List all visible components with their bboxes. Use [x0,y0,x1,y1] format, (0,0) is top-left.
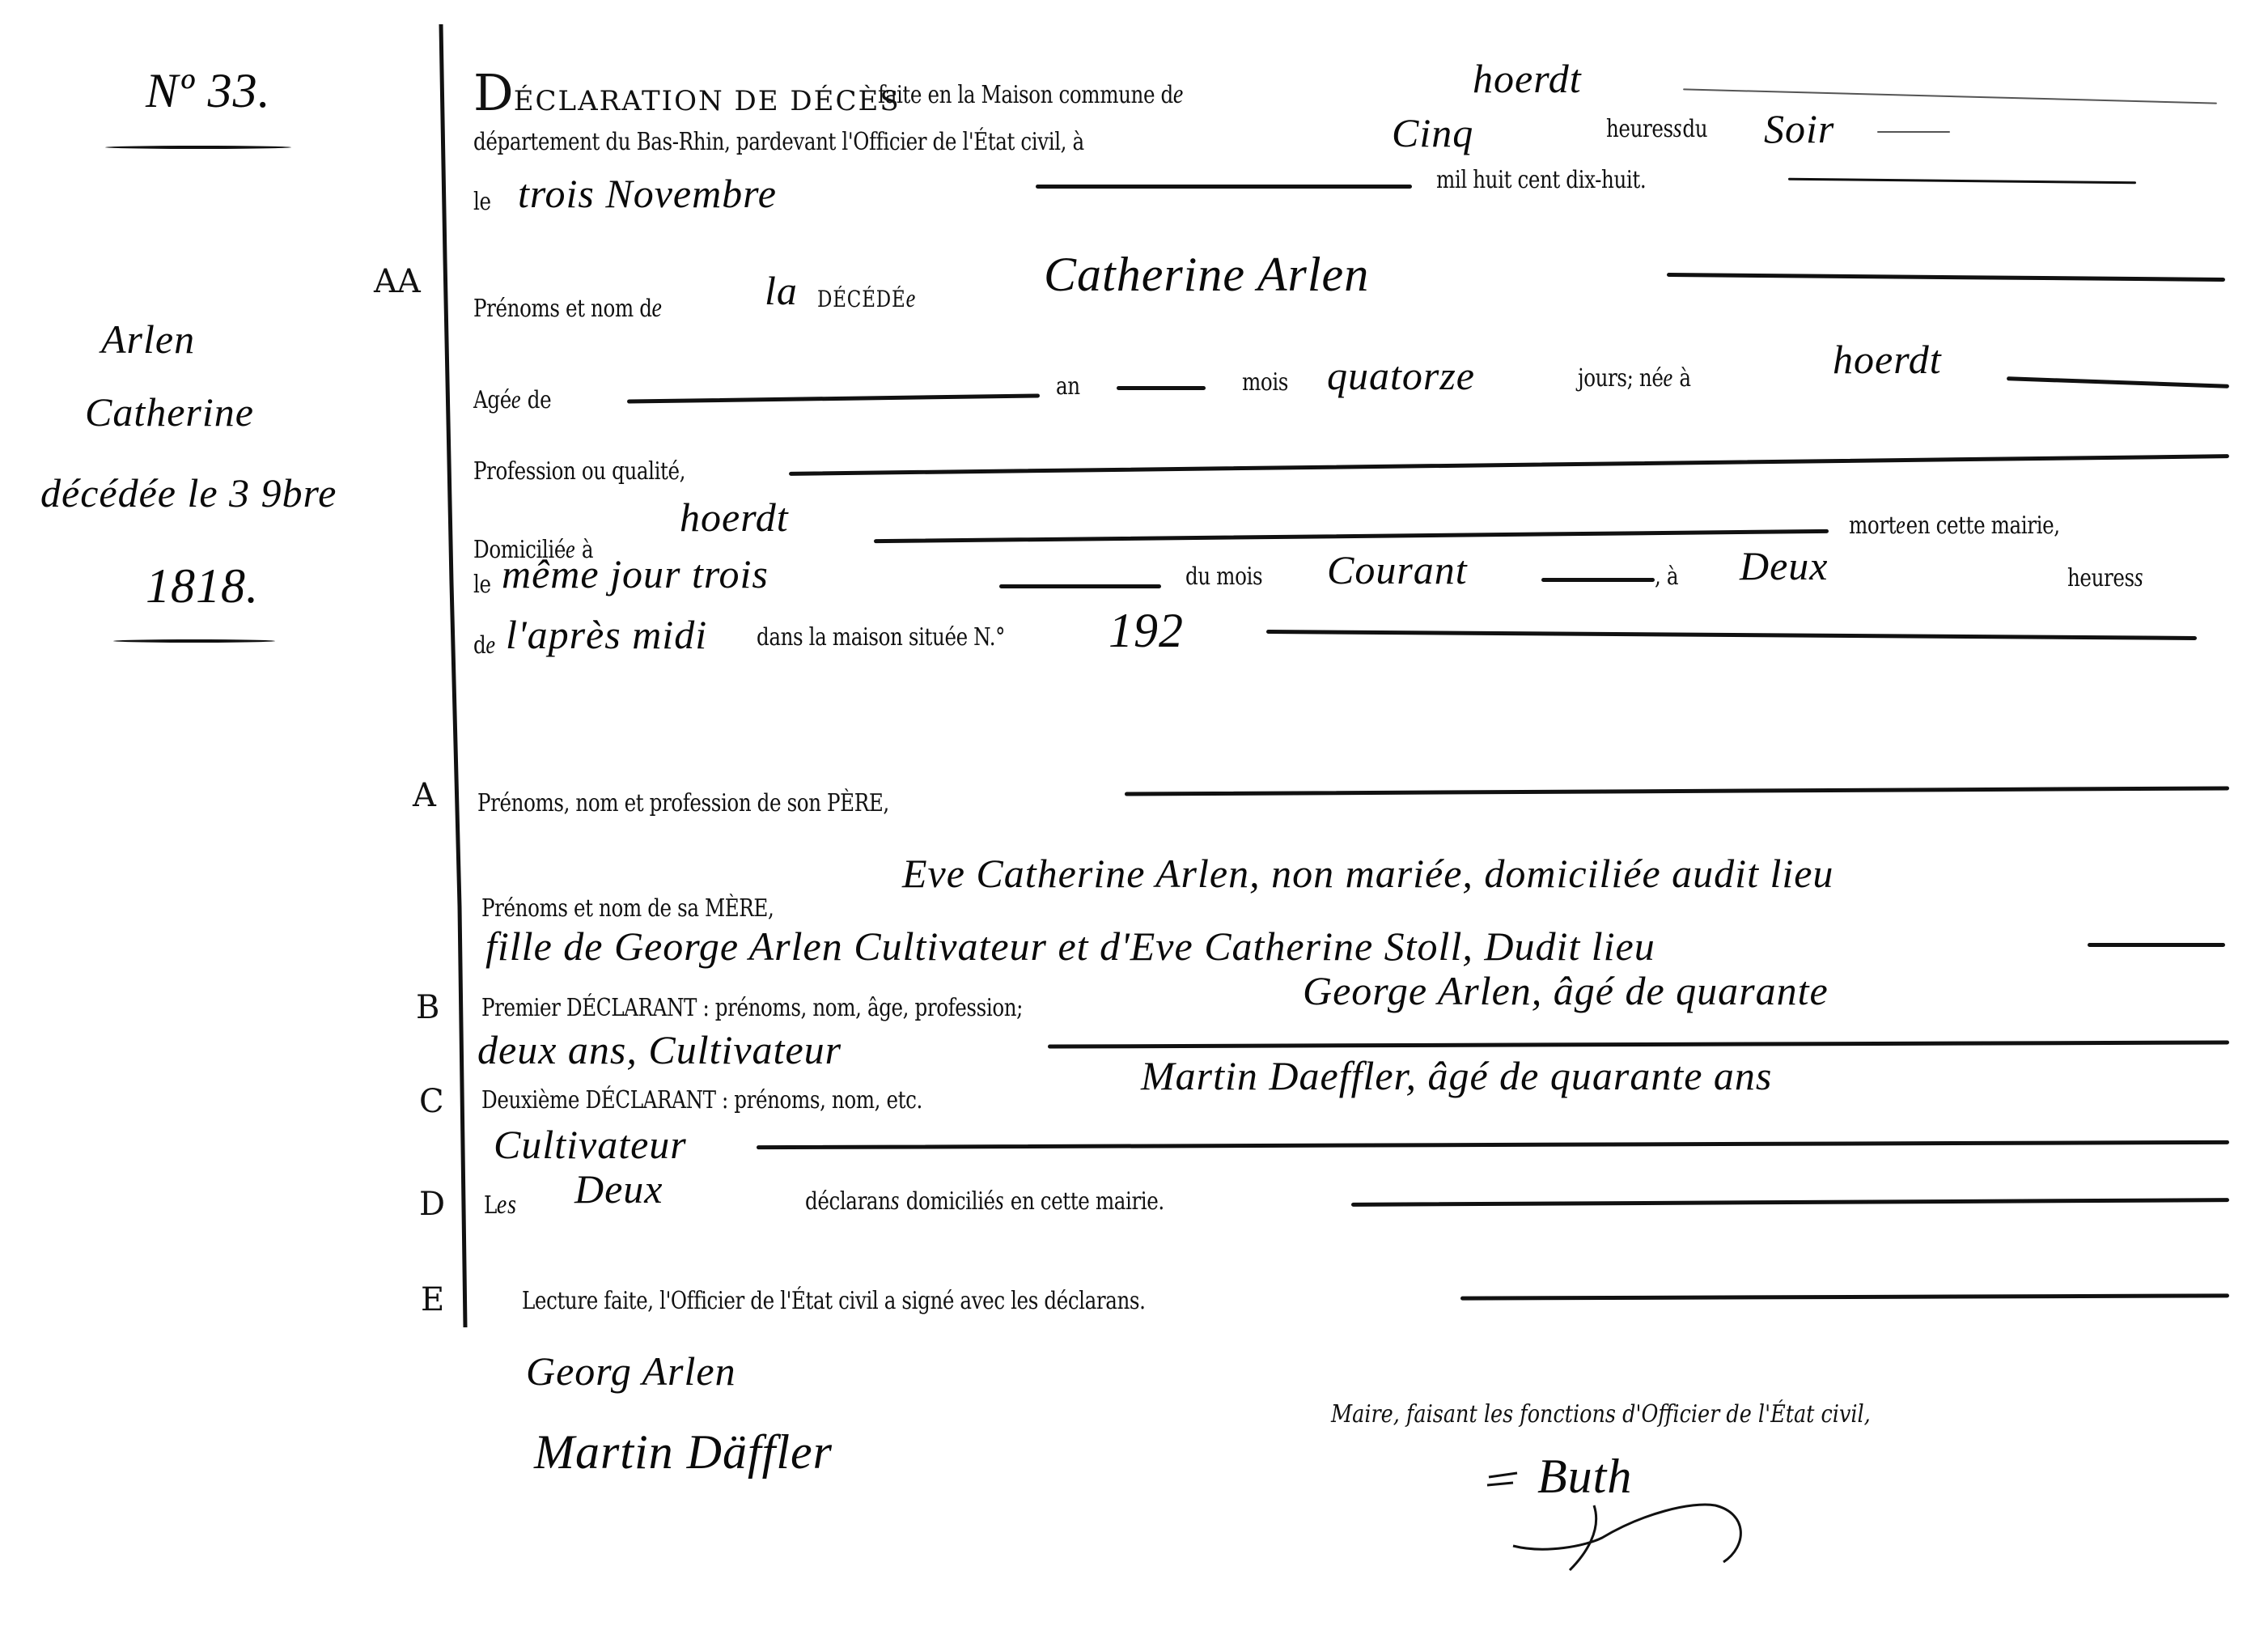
margin-given-name: Catherine [85,388,254,435]
declarant1-fill-line [1048,1040,2229,1048]
year-text: mil huit cent dix-huit. [1436,166,1646,194]
death-month-value: Courant [1327,546,1468,593]
death-period-value: l'après midi [506,611,707,658]
declarant2-fill-line [757,1140,2229,1149]
deceased-label-text: Prénoms et nom d [473,295,652,323]
mort-rest-text: en cette mairie, [1906,512,2060,540]
ne-suffix: e [1663,363,1672,392]
mois-label: mois [1242,368,1288,397]
heures-text: heures [1606,115,1673,143]
domicile-value: hoerdt [680,494,789,541]
maison-label: dans la maison située N.° [757,623,1005,652]
age-label-suffix: e [511,384,521,414]
father-label: Prénoms, nom et profession de son PÈRE, [477,789,889,817]
declarant1-label: Premier DÉCLARANT : prénoms, nom, âge, p… [481,994,1023,1022]
declarant2-value-line1: Martin Daeffler, âgé de quarante ans [1141,1052,1772,1099]
domicilie-text: domicilié [906,1187,995,1216]
closing-text: Lecture faite, l'Officier de l'État civi… [522,1287,1146,1315]
margin-surname: Arlen [101,316,195,363]
death-de-label: de [473,630,496,660]
header-line2-text: département du Bas-Rhin, pardevant l'Off… [473,128,1084,156]
declarant1-value-line1: George Arlen, âgé de quarante [1303,967,1829,1014]
heures-suffix: s [1673,113,1683,143]
title-text: ÉCLARATION DE DÉCÈS [514,85,901,117]
death-de-suffix: e [485,630,495,659]
heures-label: heuressdu [1606,113,1707,144]
death-heures-label: heuress [2067,563,2143,593]
mort-text: mort [1849,512,1896,540]
domicilie-suffix: s [995,1186,1005,1216]
death-day-value: même jour trois [502,550,769,597]
deceased-fill-line [1667,273,2225,282]
death-de-text: d [473,631,485,660]
birthplace-value: hoerdt [1833,336,1942,383]
period-value: Soir [1764,105,1834,152]
death-day-fill-line [999,584,1161,588]
header-line1-text: faite en la Maison commune de [878,79,1184,110]
title-initial: D [473,63,514,122]
death-a-label: , à [1655,563,1678,591]
profession-fill-line [789,454,2229,476]
house-fill-line [1266,630,2197,640]
declarant2-label: Deuxième DÉCLARANT : prénoms, nom, etc. [481,1086,922,1114]
les-text: L [484,1191,497,1220]
declarants-count-value: Deux [574,1165,663,1212]
du-text: du [1682,115,1707,143]
age-label: Agée de [473,384,551,414]
mother-value-line1: Eve Catherine Arlen, non mariée, domicil… [902,850,1833,897]
jours-label: jours; née à [1578,363,1691,393]
du-mois-label: du mois [1185,563,1262,591]
declarant2-value-line2: Cultivateur [494,1121,687,1168]
declarants-fill-line [1351,1198,2229,1207]
vertical-rule [429,16,477,1344]
an-label: an [1056,372,1080,401]
profession-label: Profession ou qualité, [473,457,685,486]
margin-year-underline [113,639,275,643]
declarants-les-label: Les [484,1190,517,1221]
death-le-label: le [473,571,491,599]
domicile-fill-line [874,529,1829,543]
death-heures-suffix: s [2134,563,2144,592]
age-label-text: Agé [473,386,511,414]
deceased-label: Prénoms et nom de [473,293,663,324]
mother-value-line2: fille de George Arlen Cultivateur et d'E… [485,923,1655,970]
jours-text: jours; né [1578,364,1663,393]
record-number-underline [105,146,291,149]
margin-death-note: décédée le 3 9bre [40,469,337,516]
date-prefix: le [473,188,491,216]
age-de-text: de [528,386,551,414]
commune-value: hoerdt [1473,55,1582,102]
deceased-caps: DÉCÉDÉe [817,283,916,313]
death-month-fill-line [1541,578,1655,582]
signature-declarant1: Georg Arlen [526,1348,736,1395]
officer-signature-flourish [1481,1457,1845,1578]
line1-label: faite en la Maison commune d [878,81,1173,109]
record-number: Nº 33. [146,63,271,119]
domicile-rest-text: en cette mairie. [1011,1187,1164,1216]
father-fill-line [1125,786,2229,796]
title-line: DÉCLARATION DE DÉCÈS [473,63,901,122]
margin-year: 1818. [146,558,259,614]
date-fill-line [1036,185,1412,189]
mort-label: morteen cette mairie, [1849,510,2060,540]
house-number-value: 192 [1109,603,1184,659]
section-label-aa: AA [374,263,421,300]
death-heures-text: heures [2067,564,2134,592]
date-value: trois Novembre [518,170,777,217]
deceased-article: la [765,267,798,314]
commune-fill-line [1683,88,2217,104]
death-hour-value: Deux [1740,542,1829,589]
age-days-value: quatorze [1327,352,1475,399]
declarants-domicile-text: déclarans domiciliés en cette mairie. [805,1186,1164,1216]
deceased-caps-text: DÉCÉDÉ [817,286,906,312]
line1-suffix: e [1173,79,1184,109]
year-fill-line [1788,178,2136,185]
declarant-text: déclaran [805,1187,891,1216]
signature-declarant2: Martin Däffler [534,1424,833,1480]
deceased-name: Catherine Arlen [1044,247,1369,303]
deceased-caps-suffix: e [906,283,916,312]
age-months-line [1117,386,1206,390]
age-years-line [627,393,1040,403]
mother-fill-line [2088,943,2225,947]
mort-suffix: e [1896,510,1906,539]
declarant1-value-line2: deux ans, Cultivateur [477,1026,841,1073]
officer-title: Maire, faisant les fonctions d'Officier … [1331,1400,1871,1429]
mother-label: Prénoms et nom de sa MÈRE, [481,894,774,923]
hour-value: Cinq [1392,109,1473,156]
declarant-suffix: s [891,1186,901,1216]
les-suffix: es [497,1190,517,1220]
birthplace-fill-line [2007,376,2229,388]
deceased-label-suffix: e [652,293,663,323]
closing-fill-line [1460,1293,2229,1300]
period-fill-line [1877,131,1950,133]
a-text: à [1679,364,1690,393]
